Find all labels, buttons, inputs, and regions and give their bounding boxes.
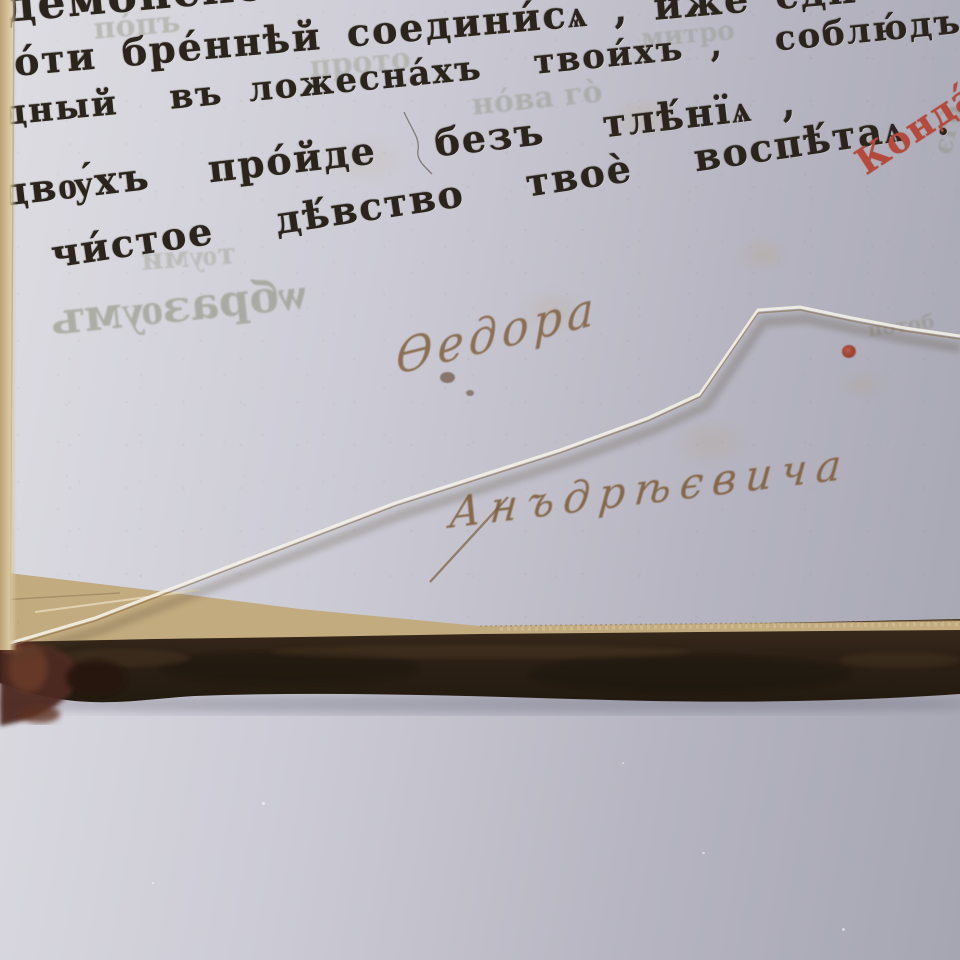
- paper-stain: [735, 235, 790, 275]
- ghost-text-mirrored: ѡбразѹмъ: [48, 268, 308, 346]
- board-dark-blotch: [530, 656, 850, 692]
- board-light-streak: [50, 649, 190, 667]
- dust-speck: [262, 802, 265, 805]
- leather-corner-fuzz: [8, 644, 48, 692]
- book-board-edge: [0, 619, 960, 702]
- board-dark-blotch: [160, 652, 420, 684]
- board-light-streak: [840, 652, 960, 668]
- board-contact-shadow: [0, 694, 960, 714]
- ink-blotch: [466, 390, 474, 396]
- handwritten-inscription-1: Ѳедора: [396, 280, 598, 386]
- dust-speck: [842, 928, 845, 931]
- red-wax-dot: [842, 345, 856, 358]
- paper-stain: [838, 368, 888, 402]
- board-light-streak: [270, 645, 690, 659]
- dust-speck: [702, 852, 705, 854]
- book-photo: потоб Анъдрѣєвича по́пъ прото но́ва го̀ …: [0, 0, 960, 960]
- leather-corner-dark: [66, 660, 126, 696]
- leather-corner-fuzz: [0, 639, 78, 726]
- dust-speck: [152, 882, 154, 884]
- leather-corner-fuzz: [20, 705, 60, 723]
- dust-speck: [622, 762, 624, 764]
- left-fore-edge-strip: [0, 0, 17, 650]
